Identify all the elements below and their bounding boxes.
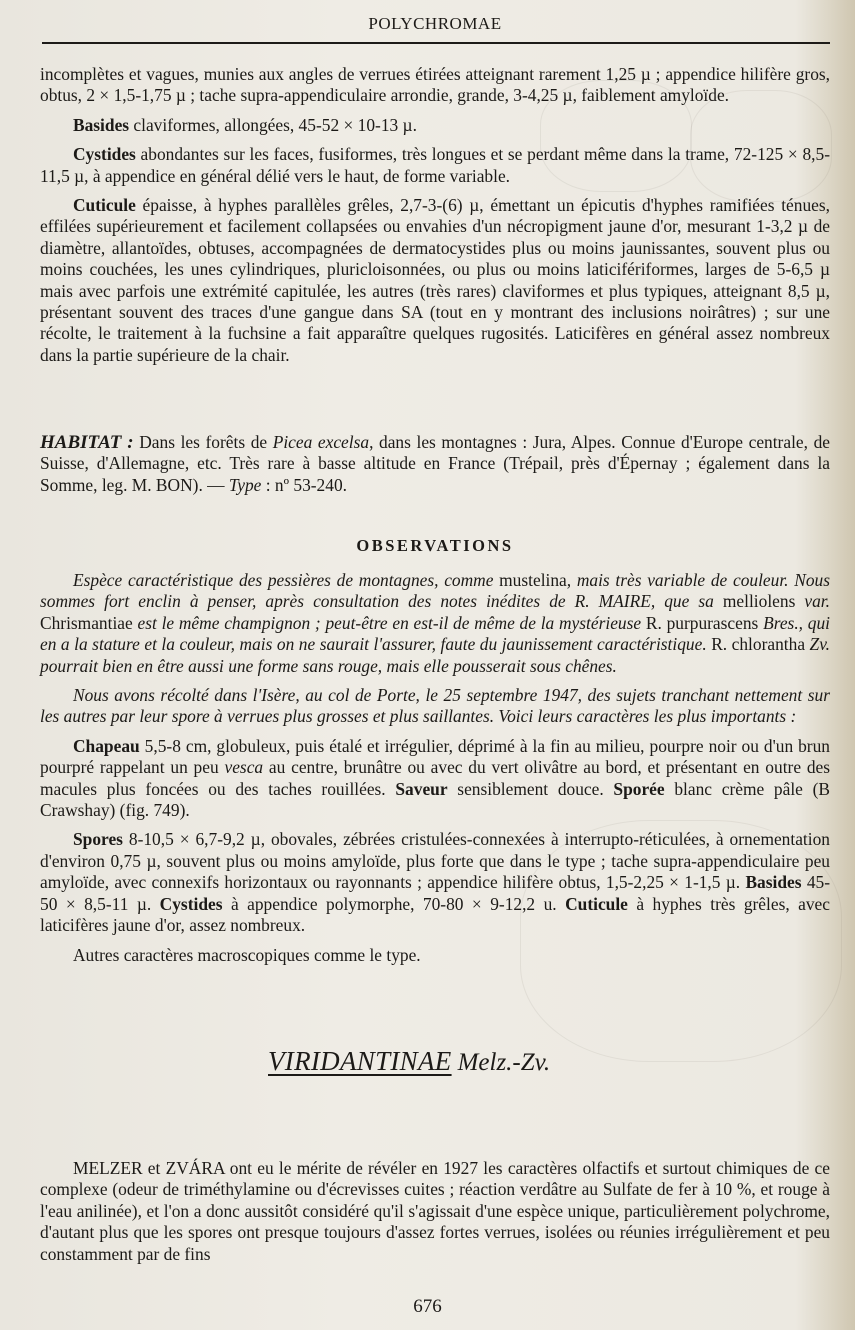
- chapeau-label: Chapeau: [73, 736, 140, 756]
- cystides-paragraph: Cystides abondantes sur les faces, fusif…: [40, 144, 830, 187]
- description-block: incomplètes et vagues, munies aux angles…: [40, 64, 830, 366]
- page-number: 676: [0, 1296, 855, 1318]
- tribe-author: Melz.-Zv.: [458, 1049, 551, 1076]
- cystides-label: Cystides: [73, 144, 136, 164]
- spore-continuation: incomplètes et vagues, munies aux angles…: [40, 64, 830, 107]
- habitat-paragraph: HABITAT : Dans les forêts de Picea excel…: [40, 432, 830, 496]
- basides-label: Basides: [73, 115, 129, 135]
- habitat-label: HABITAT :: [40, 432, 134, 453]
- tribe-intro-paragraph: MELZER et ZVÁRA ont eu le mérite de révé…: [40, 1158, 830, 1265]
- header-rule: [42, 42, 830, 44]
- type-label: Type: [229, 475, 262, 495]
- spores-paragraph: Spores 8-10,5 × 6,7-9,2 µ, obovales, zéb…: [40, 829, 830, 936]
- species-ref: Chrismantiae: [40, 613, 133, 633]
- sporee-label: Sporée: [613, 779, 664, 799]
- spores-label: Spores: [73, 829, 123, 849]
- tribe-name: VIRIDANTINAE: [268, 1046, 452, 1076]
- habitat-block: HABITAT : Dans les forêts de Picea excel…: [40, 432, 830, 496]
- species-ref: R. purpurascens: [646, 613, 758, 633]
- species-ref: R. chlorantha: [711, 634, 805, 654]
- tribe-intro-block: MELZER et ZVÁRA ont eu le mérite de révé…: [40, 1158, 830, 1265]
- tribe-heading: VIRIDANTINAEMelz.-Zv.: [268, 1046, 550, 1077]
- observations-paragraph-1: Espèce caractéristique des pessières de …: [40, 570, 830, 677]
- species-ref: mustelina: [499, 570, 567, 590]
- book-page: POLYCHROMAE incomplètes et vagues, munie…: [0, 0, 855, 1330]
- species-ref: melliolens: [723, 591, 795, 611]
- autres-paragraph: Autres caractères macroscopiques comme l…: [40, 945, 830, 966]
- observations-block: Espèce caractéristique des pessières de …: [40, 570, 830, 966]
- chapeau-paragraph: Chapeau 5,5-8 cm, globuleux, puis étalé …: [40, 736, 830, 822]
- basides-paragraph: Basides claviformes, allongées, 45-52 × …: [40, 115, 830, 136]
- cuticule-label: Cuticule: [73, 195, 136, 215]
- saveur-label: Saveur: [395, 779, 447, 799]
- host-species: Picea excelsa: [273, 432, 369, 452]
- observations-paragraph-2: Nous avons récolté dans l'Isère, au col …: [40, 685, 830, 728]
- running-head: POLYCHROMAE: [0, 14, 855, 34]
- observations-heading: OBSERVATIONS: [0, 536, 855, 556]
- cuticule-paragraph: Cuticule épaisse, à hyphes parallèles gr…: [40, 195, 830, 366]
